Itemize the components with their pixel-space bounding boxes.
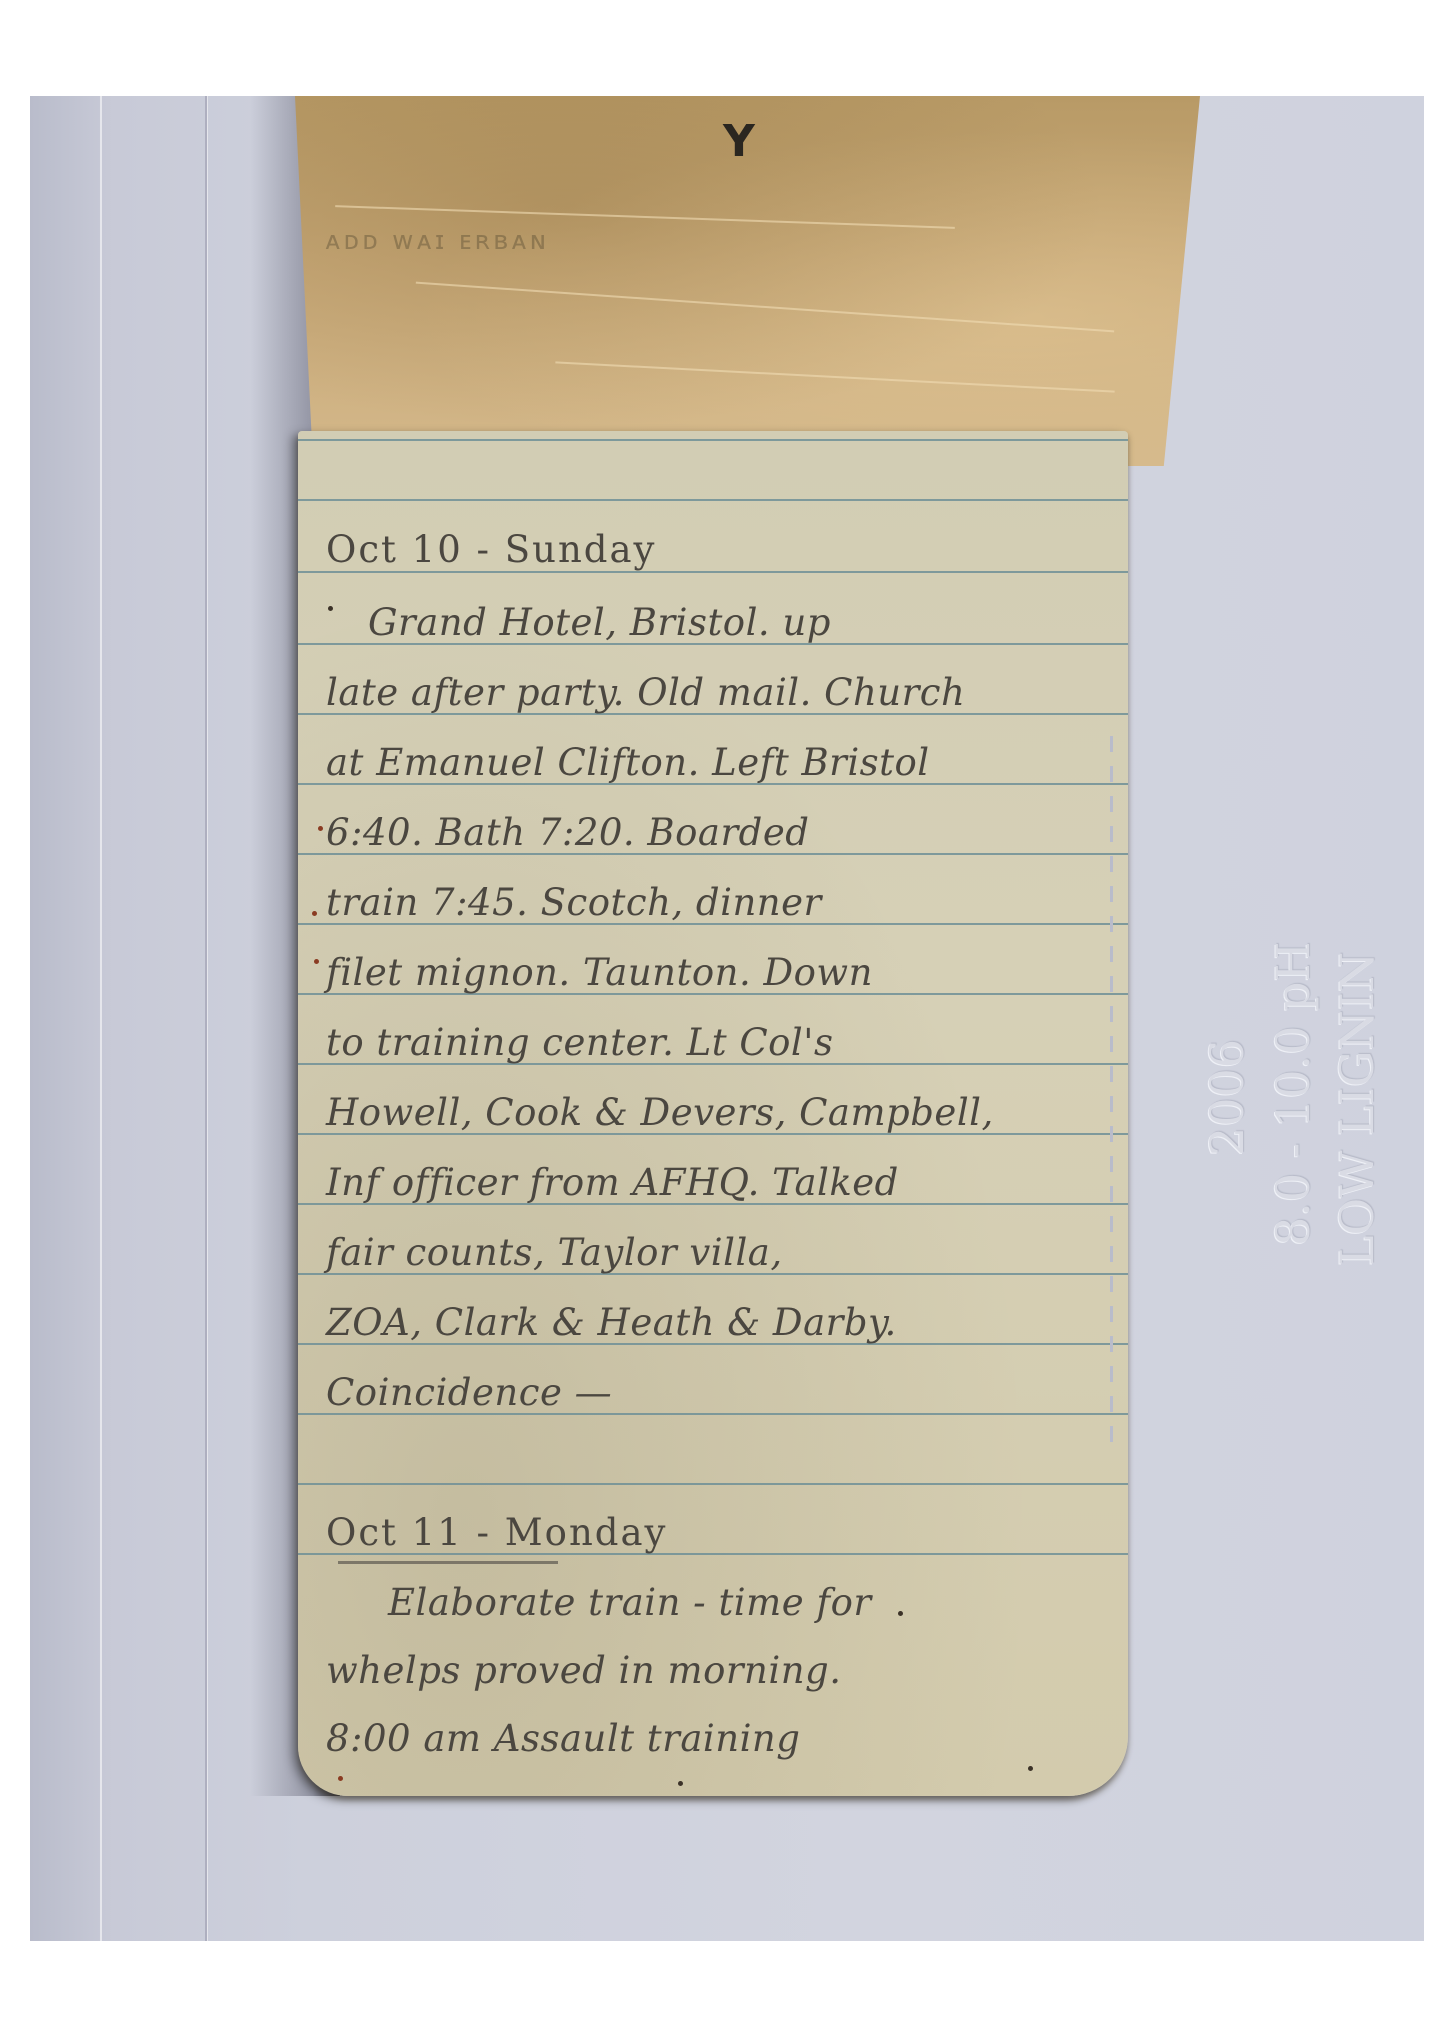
entry-heading: Oct 11 - Monday xyxy=(326,1511,667,1554)
heading-underline xyxy=(338,1561,558,1564)
emboss-perforation xyxy=(1110,736,1113,1456)
entry-line: 6:40. Bath 7:20. Boarded xyxy=(326,811,809,854)
emboss-stamp-lignin: LOW LIGNIN xyxy=(1330,952,1384,1266)
entry-line: Coincidence — xyxy=(326,1371,612,1414)
notebook-page: Oct 10 - Sunday Grand Hotel, Bristol. up… xyxy=(298,431,1128,1796)
entry-line: Inf officer from AFHQ. Talked xyxy=(326,1161,899,1204)
entry-line: ZOA, Clark & Heath & Darby. xyxy=(326,1301,897,1344)
folder-crease xyxy=(205,96,207,1941)
entry-heading: Oct 10 - Sunday xyxy=(326,528,656,571)
entry-line: train 7:45. Scotch, dinner xyxy=(326,881,822,924)
entry-line: late after party. Old mail. Church xyxy=(326,671,965,714)
entry-line: at Emanuel Clifton. Left Bristol xyxy=(326,741,930,784)
cover-faded-text: ᴀᴅᴅ ᴡᴀɪ ᴇʀʙᴀɴ xyxy=(325,226,549,256)
entry-line: fair counts, Taylor villa, xyxy=(326,1231,783,1274)
folder-crease xyxy=(100,96,102,1941)
entry-line: Grand Hotel, Bristol. up xyxy=(368,601,831,644)
entry-line: 8:00 am Assault training xyxy=(326,1717,800,1760)
entry-line: filet mignon. Taunton. Down xyxy=(326,951,873,994)
entry-line: to training center. Lt Col's xyxy=(326,1021,833,1064)
emboss-stamp-year: 2006 xyxy=(1200,1039,1254,1156)
emboss-stamp-ph: 8.0 - 10.0 pH xyxy=(1266,941,1320,1246)
entry-line: Elaborate train - time for xyxy=(388,1581,872,1624)
cover-mark: Y xyxy=(723,116,755,167)
entry-line: Howell, Cook & Devers, Campbell, xyxy=(326,1091,994,1134)
entry-line: whelps proved in morning. xyxy=(326,1649,841,1692)
scan-background: Y ᴀᴅᴅ ᴡᴀɪ ᴇʀʙᴀɴ Oct 10 - Sunday Grand Ho… xyxy=(30,96,1424,1941)
notebook-cover-flap: Y ᴀᴅᴅ ᴡᴀɪ ᴇʀʙᴀɴ xyxy=(295,96,1200,466)
